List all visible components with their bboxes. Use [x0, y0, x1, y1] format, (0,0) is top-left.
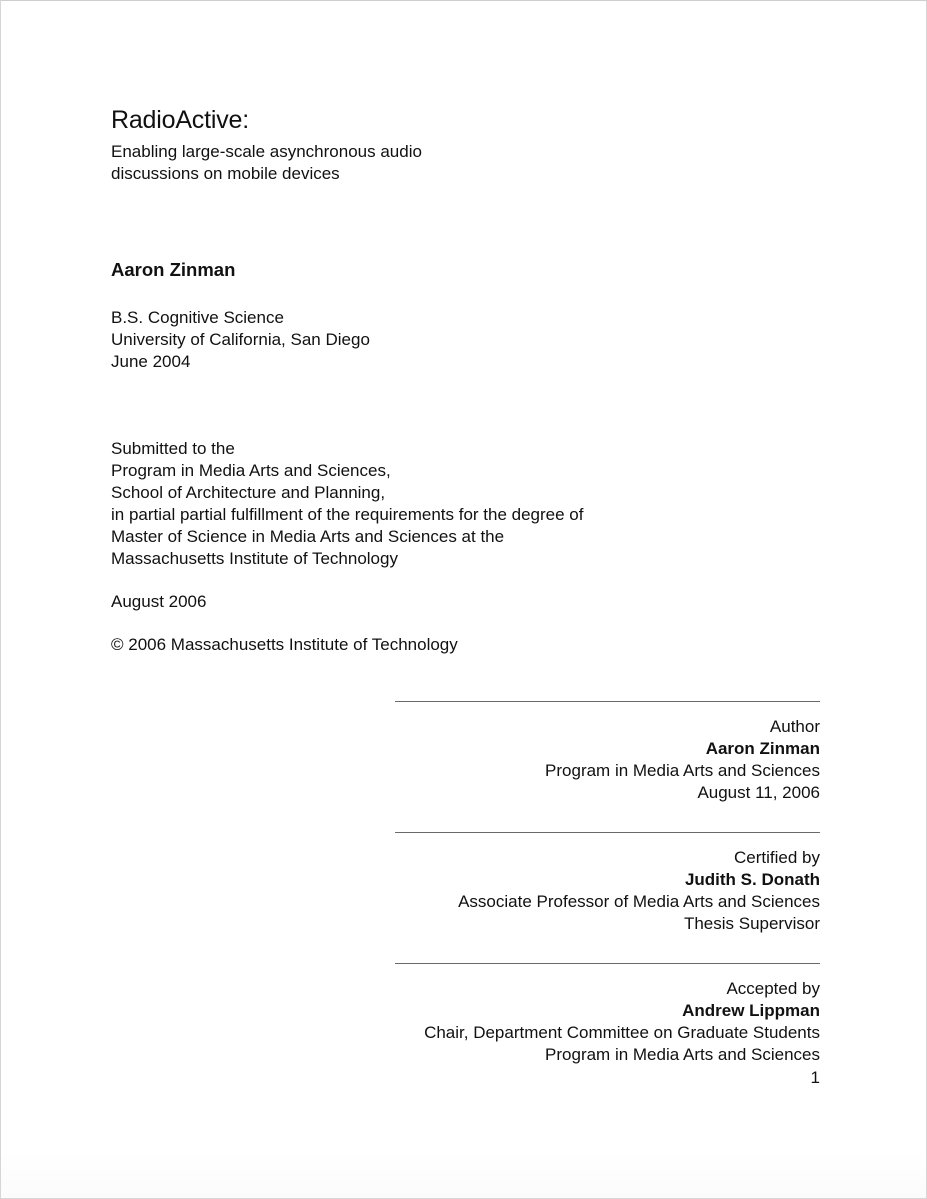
thesis-subtitle: Enabling large-scale asynchronous audio …: [111, 141, 422, 185]
submission-line: Program in Media Arts and Sciences,: [111, 460, 583, 482]
signature-role: Author: [395, 716, 820, 738]
prior-degree-line: B.S. Cognitive Science: [111, 307, 370, 329]
prior-degree-line: University of California, San Diego: [111, 329, 370, 351]
signature-line: [395, 701, 820, 702]
author-name: Aaron Zinman: [111, 259, 235, 281]
signatory-name: Judith S. Donath: [395, 869, 820, 891]
signature-role: Accepted by: [395, 978, 820, 1000]
signatory-name: Aaron Zinman: [395, 738, 820, 760]
signature-block-accepted: Accepted by Andrew Lippman Chair, Depart…: [395, 963, 820, 1066]
page-number: 1: [795, 1067, 820, 1089]
signatory-detail: Program in Media Arts and Sciences: [395, 760, 820, 782]
signature-block-author: Author Aaron Zinman Program in Media Art…: [395, 701, 820, 804]
submission-line: School of Architecture and Planning,: [111, 482, 583, 504]
submission-line: Submitted to the: [111, 438, 583, 460]
signatory-name: Andrew Lippman: [395, 1000, 820, 1022]
submission-statement: Submitted to the Program in Media Arts a…: [111, 438, 583, 570]
prior-degree-line: June 2004: [111, 351, 370, 373]
signatory-detail: Chair, Department Committee on Graduate …: [395, 1022, 820, 1044]
signature-line: [395, 832, 820, 833]
signatory-detail: August 11, 2006: [395, 782, 820, 804]
submission-date: August 2006: [111, 591, 206, 613]
signatory-detail: Associate Professor of Media Arts and Sc…: [395, 891, 820, 913]
signature-role: Certified by: [395, 847, 820, 869]
thesis-title: RadioActive:: [111, 105, 249, 135]
signature-line: [395, 963, 820, 964]
copyright-notice: © 2006 Massachusetts Institute of Techno…: [111, 634, 458, 656]
submission-line: Massachusetts Institute of Technology: [111, 548, 583, 570]
signatory-detail: Thesis Supervisor: [395, 913, 820, 935]
subtitle-line: discussions on mobile devices: [111, 163, 422, 185]
signature-block-certified: Certified by Judith S. Donath Associate …: [395, 832, 820, 935]
prior-degree-block: B.S. Cognitive Science University of Cal…: [111, 307, 370, 373]
document-page: RadioActive: Enabling large-scale asynch…: [0, 0, 927, 1199]
signatory-detail: Program in Media Arts and Sciences: [395, 1044, 820, 1066]
subtitle-line: Enabling large-scale asynchronous audio: [111, 141, 422, 163]
submission-line: Master of Science in Media Arts and Scie…: [111, 526, 583, 548]
submission-line: in partial partial fulfillment of the re…: [111, 504, 583, 526]
